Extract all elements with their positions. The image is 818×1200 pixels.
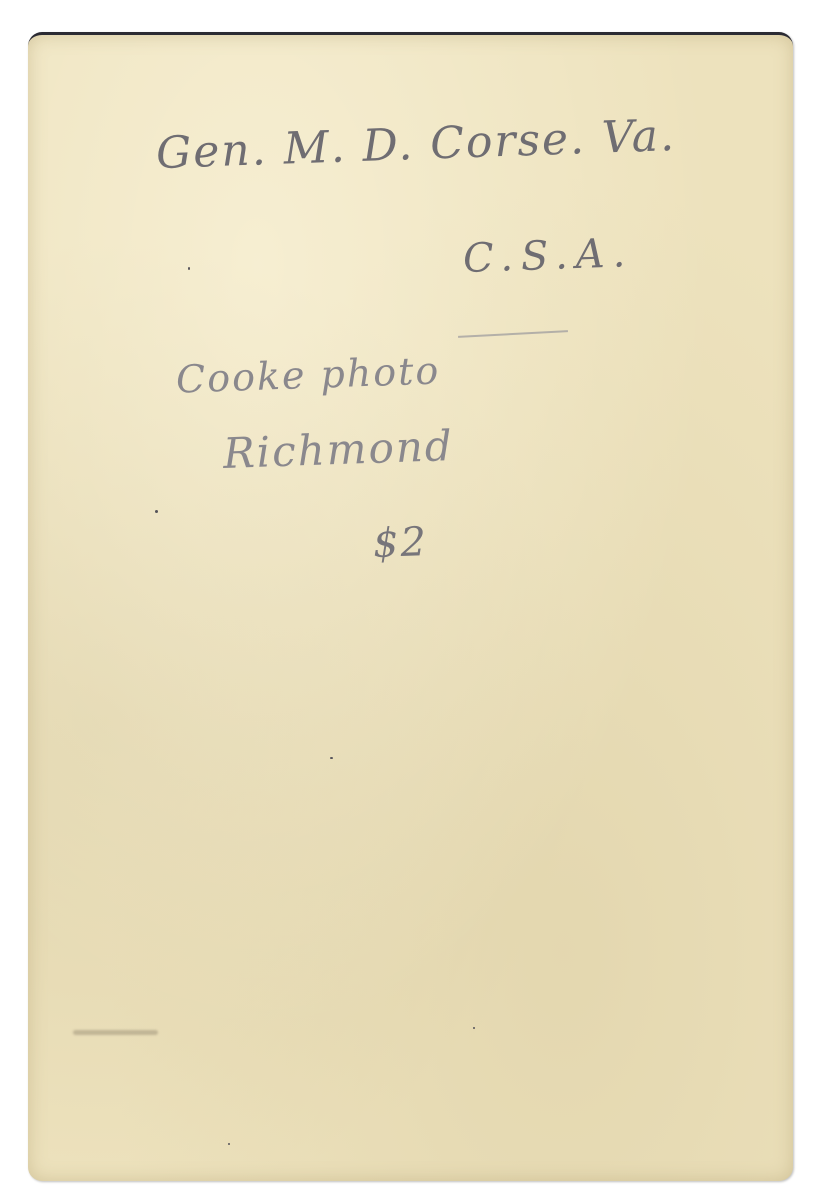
pencil-stroke — [458, 330, 568, 338]
inscription-photographer: Cooke photo — [175, 348, 441, 401]
speck — [188, 267, 190, 270]
inscription-price: $2 — [372, 519, 428, 567]
card-back: Gen. M. D. Corse. Va. C.S.A. Cooke photo… — [28, 32, 793, 1181]
speck — [155, 510, 158, 513]
speck — [473, 1027, 475, 1029]
inscription-csa: C.S.A. — [462, 230, 634, 282]
speck — [228, 1143, 230, 1145]
inscription-city: Richmond — [222, 421, 454, 478]
inscription-name: Gen. M. D. Corse. Va. — [155, 110, 676, 179]
smudge — [73, 1030, 158, 1035]
speck — [330, 757, 333, 759]
